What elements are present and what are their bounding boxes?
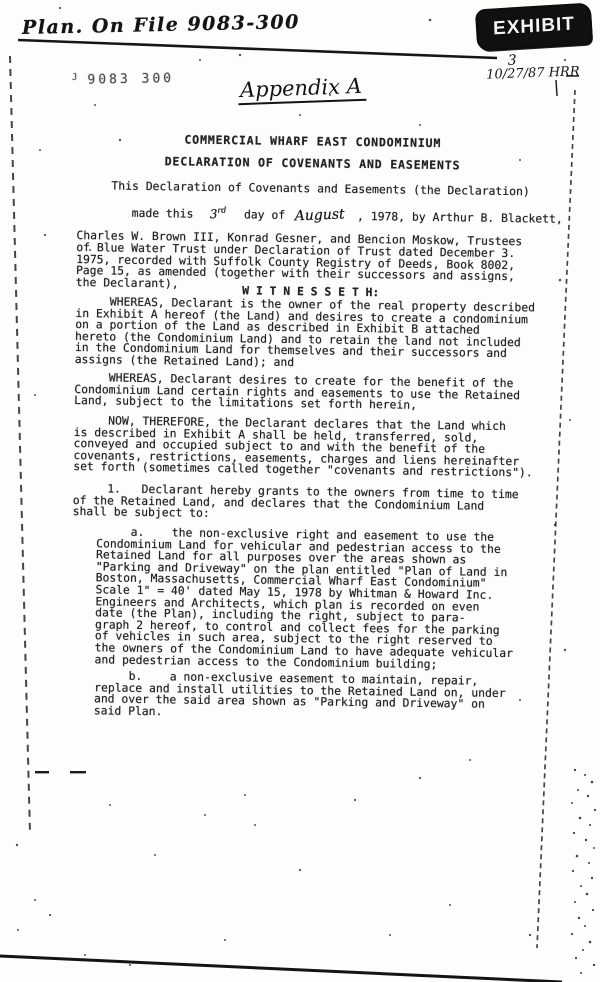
doc-title-line2: DECLARATION OF COVENANTS AND EASEMENTS bbox=[77, 149, 547, 175]
handwritten-plan-note: Plan. On File 9083-300 bbox=[22, 11, 300, 39]
handwritten-day: 3rd bbox=[209, 205, 226, 221]
stray-pen-mark: J bbox=[72, 73, 78, 83]
numbered-item-1: 1. Declarant hereby grants to the owners… bbox=[73, 483, 519, 524]
doc-title-text1: COMMERCIAL WHARF EAST CONDOMINIUM bbox=[184, 132, 441, 150]
file-number-stamp: J9083 300 bbox=[72, 71, 174, 88]
left-edge-line bbox=[10, 56, 30, 834]
whereas-paragraph-2: WHEREAS, Declarant desires to create for… bbox=[74, 372, 520, 413]
text-line: set forth (sometimes called together "co… bbox=[73, 461, 533, 479]
typed-document-body: COMMERCIAL WHARF EAST CONDOMINIUM DECLAR… bbox=[69, 127, 558, 754]
exhibit-stamp: EXHIBIT bbox=[477, 5, 591, 50]
handwritten-month: August bbox=[295, 210, 345, 224]
exhibit-date: 10/27/87 HRR bbox=[486, 64, 580, 82]
header-underline bbox=[18, 40, 497, 58]
appendix-label: Appendix A bbox=[238, 74, 367, 105]
subitem-b: b. a non-exclusive easement to maintain,… bbox=[94, 670, 506, 722]
date-pre: made this bbox=[132, 206, 194, 221]
now-therefore-paragraph: NOW, THEREFORE, the Declarant declares t… bbox=[73, 415, 533, 479]
doc-title-line1: COMMERCIAL WHARF EAST CONDOMINIUM bbox=[78, 127, 548, 153]
subitem-a: a. the non-exclusive right and easement … bbox=[94, 526, 514, 671]
file-number-text: 9083 300 bbox=[87, 71, 174, 88]
bottom-scan-line bbox=[0, 956, 562, 982]
exhibit-annotation: 3 10/27/87 HRR bbox=[486, 52, 580, 82]
date-mid: day of bbox=[244, 208, 285, 223]
date-post: , 1978, by Arthur B. Blackett, bbox=[357, 209, 563, 226]
doc-title-text2: DECLARATION OF COVENANTS AND EASEMENTS bbox=[165, 154, 461, 172]
scanned-document-page: Plan. On File 9083-300 EXHIBIT 3 10/27/8… bbox=[0, 0, 600, 982]
exhibit-stamp-label: EXHIBIT bbox=[493, 13, 575, 40]
whereas-paragraph-1: WHEREAS, Declarant is the owner of the r… bbox=[75, 296, 535, 372]
right-speckle-band bbox=[571, 769, 596, 974]
